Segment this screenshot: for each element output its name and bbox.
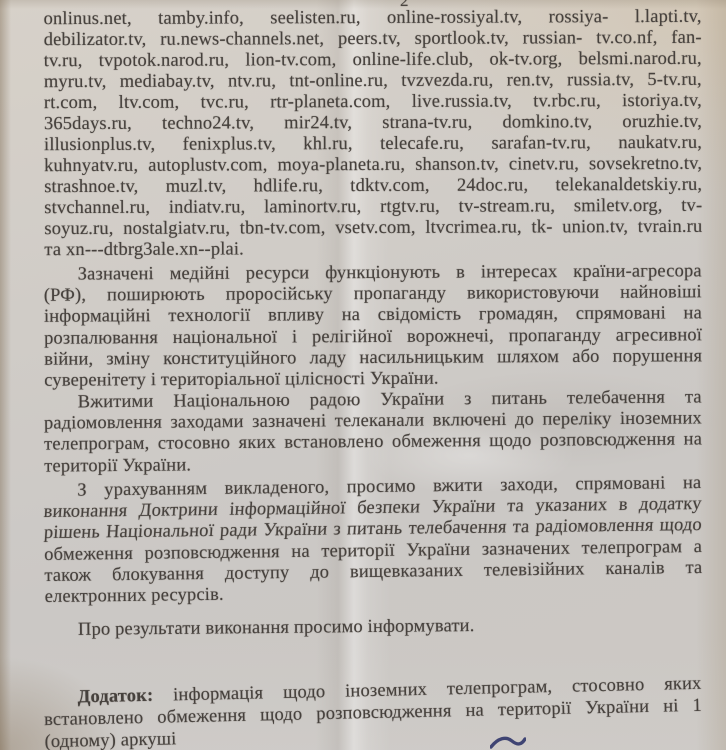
domain-list-line: 365days.ru, techno24.tv, mir24.tv, stran… xyxy=(44,112,702,135)
document-photo: 2 onlinus.net, tamby.info, seelisten.ru,… xyxy=(0,0,726,750)
paragraph-media-resources: Зазначені медійні ресурси функціонують в… xyxy=(44,261,703,392)
domain-list-line: debilizator.tv, ru.news-channels.net, pe… xyxy=(44,28,702,51)
paragraph-national-council: Вжитими Національною радою України з пит… xyxy=(44,388,703,478)
domain-list-line: rt.com, ltv.com, tvc.ru, rtr-planeta.com… xyxy=(44,91,702,114)
paragraph-line: інформаційні технології впливу на свідом… xyxy=(44,304,702,329)
paragraph-line: Про результати виконання просимо інформу… xyxy=(44,614,702,642)
domain-list-line: soyuz.ru, nostalgiatv.ru, tbn-tv.com, vs… xyxy=(44,217,702,240)
domain-list-line: kuhnyatv.ru, autoplustv.com, moya-planet… xyxy=(44,154,702,177)
domain-list-line: myru.tv, mediabay.tv, ntv.ru, tnt-online… xyxy=(44,70,702,93)
domain-list-line: та xn---dtbrg3ale.xn--plai. xyxy=(44,238,702,261)
domain-list-line: strashnoe.tv, muzl.tv, hdlife.ru, tdktv.… xyxy=(44,175,702,198)
appendix-paragraph: Додаток: інформація щодо іноземних телеп… xyxy=(43,673,702,750)
paragraph-request-actions: З урахуванням викладеного, просимо вжити… xyxy=(43,473,703,608)
domain-list-line: stvchannel.ru, indiatv.ru, laminortv.ru,… xyxy=(44,196,702,219)
domain-list-line: illusionplus.tv, fenixplus.tv, khl.ru, t… xyxy=(44,133,702,156)
domain-list: onlinus.net, tamby.info, seelisten.ru, o… xyxy=(44,7,703,261)
paragraph-report-results: Про результати виконання просимо інформу… xyxy=(44,614,702,642)
domain-list-line: tv.ru, tvpotok.narod.ru, lion-tv.com, on… xyxy=(44,49,702,72)
appendix-label: Додаток: xyxy=(77,686,153,708)
signature-ink-stroke xyxy=(490,735,526,750)
domain-list-line: onlinus.net, tamby.info, seelisten.ru, o… xyxy=(44,7,702,30)
paragraph-line: війни, зміну конституційного ладу насиль… xyxy=(44,346,702,371)
letter-page: 2 onlinus.net, tamby.info, seelisten.ru,… xyxy=(0,0,726,750)
